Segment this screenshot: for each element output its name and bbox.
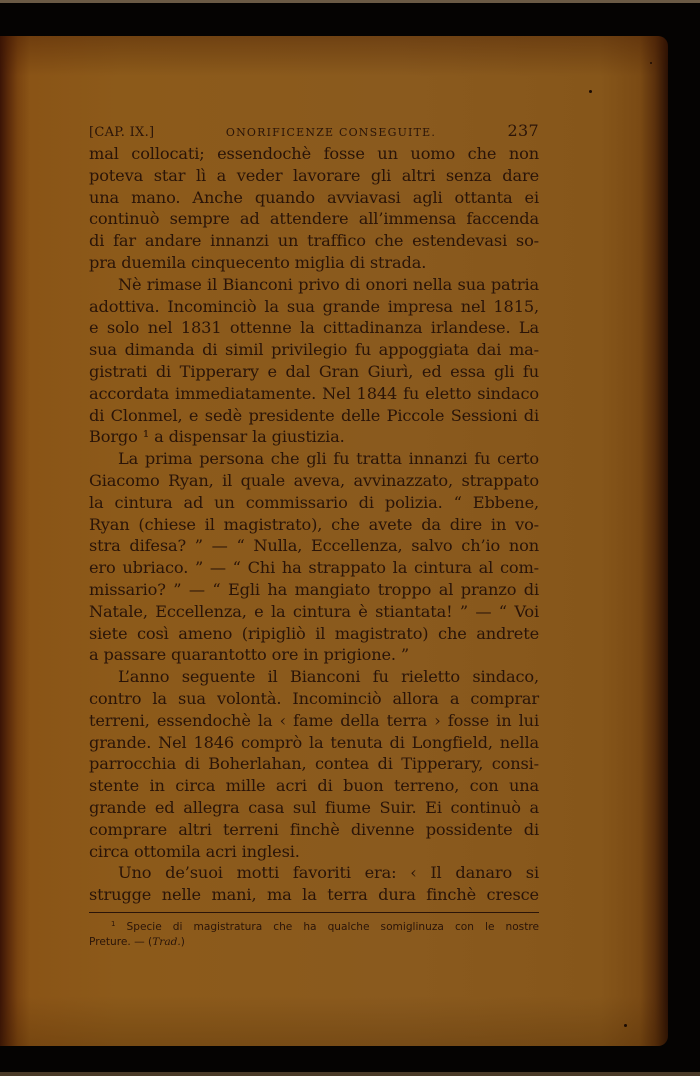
text-line: gistrati di Tipperary e dal Gran Giurì, …	[89, 361, 539, 383]
text-line: stra difesa? ” — “ Nulla, Eccellenza, sa…	[89, 535, 539, 557]
text-line: siete così ameno (ripigliò il magistrato…	[89, 623, 539, 645]
footnote-line: Preture. — (Trad.)	[89, 935, 539, 950]
page-text: [CAP. IX.] ONORIFICENZE CONSEGUITE. 237 …	[89, 119, 539, 950]
text-line: continuò sempre ad attendere all’immensa…	[89, 208, 539, 230]
text-line: pra duemila cinquecento miglia di strada…	[89, 252, 539, 274]
footnote-translator-note: Trad.	[152, 936, 181, 948]
text-line: La prima persona che gli fu tratta innan…	[89, 448, 539, 470]
running-head: [CAP. IX.] ONORIFICENZE CONSEGUITE. 237	[89, 119, 539, 143]
paper-speck	[650, 62, 652, 64]
text-line: missario? ” — “ Egli ha mangiato troppo …	[89, 579, 539, 601]
text-line: di far andare innanzi un traffico che es…	[89, 230, 539, 252]
text-line: L’anno seguente il Bianconi fu rieletto …	[89, 666, 539, 688]
text-line: Ryan (chiese il magistrato), che avete d…	[89, 514, 539, 536]
footnote-text-2a: Preture. — (	[89, 936, 152, 948]
footnote-text-1: Specie di magistratura che ha qualche so…	[127, 921, 539, 933]
text-line: comprare altri terreni finchè divenne po…	[89, 819, 539, 841]
paper-speck	[589, 90, 592, 93]
footnote-rule	[89, 912, 539, 913]
scan-bottom-edge	[0, 1072, 700, 1076]
text-line: adottiva. Incominciò la sua grande impre…	[89, 296, 539, 318]
chapter-label: [CAP. IX.]	[89, 121, 154, 145]
text-line: di Clonmel, e sedè presidente delle Picc…	[89, 405, 539, 427]
text-line: la cintura ad un commissario di polizia.…	[89, 492, 539, 514]
footnote: 1 Specie di magistratura che ha qualche …	[89, 917, 539, 950]
text-line: sua dimanda di simil privilegio fu appog…	[89, 339, 539, 361]
text-line: Giacomo Ryan, il quale aveva, avvinazzat…	[89, 470, 539, 492]
footnote-text-2b: )	[181, 936, 185, 948]
text-line: a passare quarantotto ore in prigione. ”	[89, 644, 539, 666]
text-line: grande ed allegra casa sul fiume Suir. E…	[89, 797, 539, 819]
text-line: poteva star lì a veder lavorare gli altr…	[89, 165, 539, 187]
text-line: Uno de’suoi motti favoriti era: ‹ Il dan…	[89, 862, 539, 884]
scan-top-edge	[0, 0, 700, 3]
text-line: grande. Nel 1846 comprò la tenuta di Lon…	[89, 732, 539, 754]
body-text: mal collocati; essendochè fosse un uomo …	[89, 143, 539, 906]
text-line: una mano. Anche quando avviavasi agli ot…	[89, 187, 539, 209]
text-line: mal collocati; essendochè fosse un uomo …	[89, 143, 539, 165]
text-line: contro la sua volontà. Incominciò allora…	[89, 688, 539, 710]
text-line: strugge nelle mani, ma la terra dura fin…	[89, 884, 539, 906]
running-title: ONORIFICENZE CONSEGUITE.	[226, 121, 436, 145]
footnote-marker: 1	[111, 920, 115, 928]
text-line: stente in circa mille acri di buon terre…	[89, 775, 539, 797]
page-number: 237	[508, 119, 539, 143]
text-line: terreni, essendochè la ‹ fame della terr…	[89, 710, 539, 732]
text-line: Borgo ¹ a dispensar la giustizia.	[89, 426, 539, 448]
footnote-line: 1 Specie di magistratura che ha qualche …	[89, 917, 539, 935]
text-line: Natale, Eccellenza, e la cintura è stian…	[89, 601, 539, 623]
text-line: accordata immediatamente. Nel 1844 fu el…	[89, 383, 539, 405]
text-line: ero ubriaco. ” — “ Chi ha strappato la c…	[89, 557, 539, 579]
text-line: Nè rimase il Bianconi privo di onori nel…	[89, 274, 539, 296]
paper-speck	[624, 1024, 627, 1027]
text-line: e solo nel 1831 ottenne la cittadinanza …	[89, 317, 539, 339]
text-line: circa ottomila acri inglesi.	[89, 841, 539, 863]
text-line: parrocchia di Boherlahan, contea di Tipp…	[89, 753, 539, 775]
